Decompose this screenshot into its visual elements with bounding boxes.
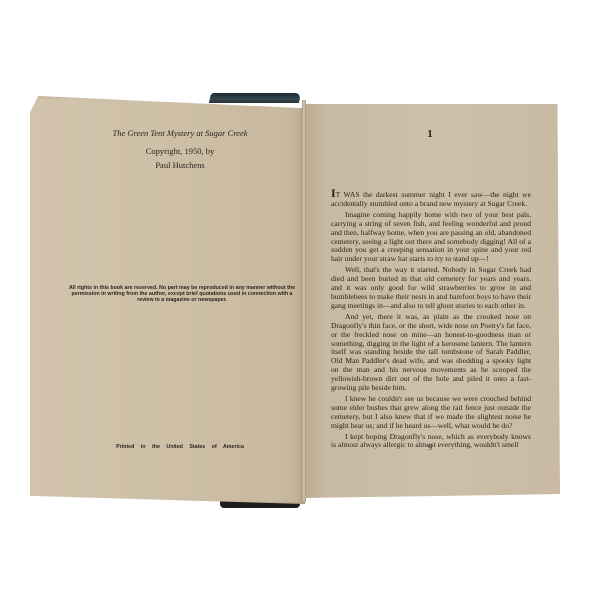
book-gutter — [302, 100, 306, 502]
paragraph: Imagine coming happily home with two of … — [331, 211, 531, 264]
book-title: The Green Tent Mystery at Sugar Creek — [60, 128, 300, 138]
author-name: Paul Hutchens — [60, 160, 300, 170]
book-spine-top — [209, 93, 301, 103]
page-number: 9 — [305, 443, 555, 452]
paragraph: And yet, there it was, as plain as the c… — [331, 313, 531, 393]
paragraph: I knew he couldn't see us because we wer… — [331, 395, 531, 431]
printed-in-notice: Printed in the United States of America — [60, 444, 300, 450]
rights-notice: All rights in this book are reserved. No… — [66, 285, 298, 304]
copyright-line: Copyright, 1950, by — [60, 146, 300, 156]
paragraph: Well, that's the way it started. Nobody … — [331, 266, 531, 311]
chapter-number: 1 — [305, 128, 555, 140]
open-book: The Green Tent Mystery at Sugar Creek Co… — [0, 0, 600, 600]
chapter-text: IT WAS the darkest summer night I ever s… — [331, 189, 531, 452]
paragraph: IT WAS the darkest summer night I ever s… — [331, 189, 531, 209]
